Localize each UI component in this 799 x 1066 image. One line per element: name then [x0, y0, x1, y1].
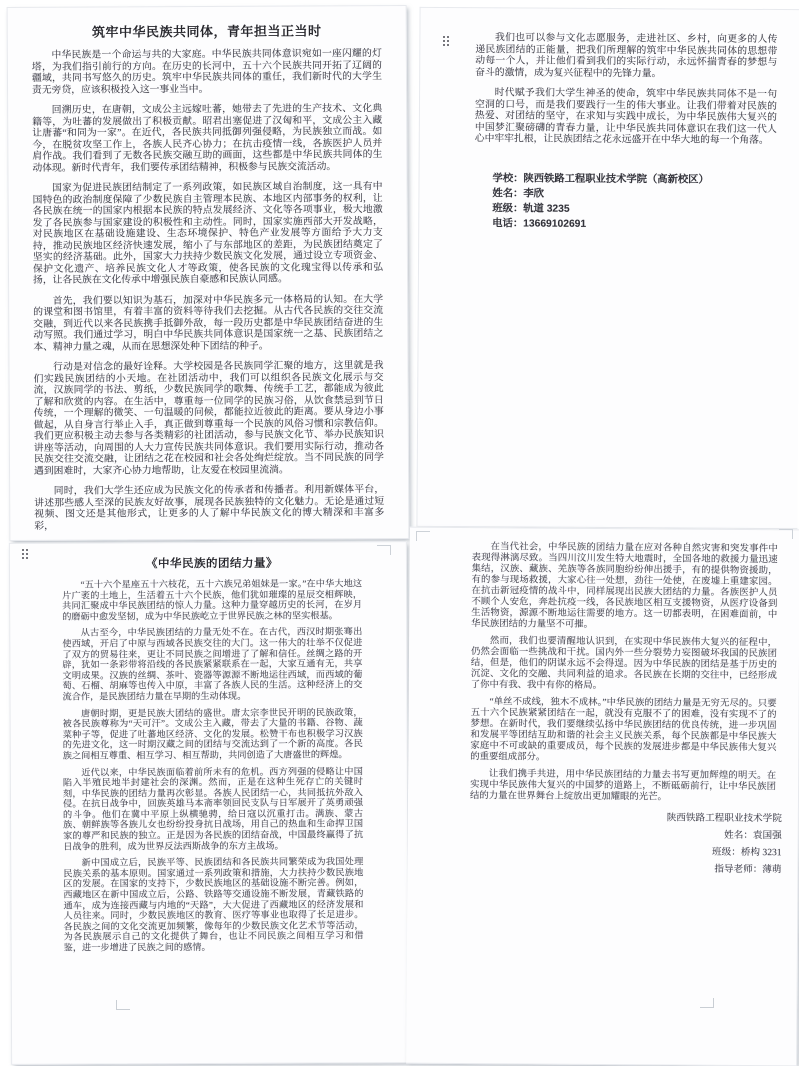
paragraph: 从古至今，中华民族团结的力量无处不在。在古代，西汉时期张骞出使西域，开启了中原与…: [62, 627, 362, 702]
corner-mark: [700, 998, 714, 1008]
info-label: 电话：: [492, 218, 523, 229]
info-line: 学校：陕西铁路工程职业技术学院（高新校区）: [493, 171, 790, 188]
info-label: 班级：: [492, 203, 523, 214]
author-info-block: 学校：陕西铁路工程职业技术学院（高新校区）姓名：李欣班级：轨道 3235电话：1…: [492, 171, 789, 233]
paragraph: 近代以来，中华民族面临着前所未有的危机。西方列强的侵略让中国陷入半殖民地半封建社…: [63, 766, 363, 852]
signature-line: 陕西铁路工程职业技术学院: [470, 808, 782, 827]
signature-line: 姓名：袁国强: [470, 825, 782, 844]
corner-mark: [377, 545, 391, 555]
paragraph: 让我们携手共进，用中华民族团结的力量去书写更加辉煌的明天。在实现中华民族伟大复兴…: [470, 769, 776, 804]
info-line: 班级：轨道 3235: [492, 201, 789, 218]
paragraph: “单丝不成线，独木不成林。”中华民族的团结力量是无穷无尽的。只要五十六个民族紧紧…: [470, 697, 776, 765]
paragraph: 国家为促进民族团结制定了一系列政策，如民族区域自治制度，这一具有中国特色的政治制…: [33, 181, 384, 286]
info-value: 13669102691: [523, 218, 586, 229]
corner-mark: [779, 529, 793, 539]
drag-handle-icon[interactable]: [22, 549, 28, 559]
corner-mark: [116, 1000, 130, 1010]
paragraph: 时代赋予我们大学生神圣的使命，筑牢中华民族共同体不是一句空洞的口号，而是我们要践…: [475, 87, 777, 146]
corner-mark: [416, 531, 430, 541]
scanned-page-essay1-p1: 筑牢中华民族共同体，青年担当正当时 中华民族是一个命运与共的大家庭。中华民族共同…: [7, 5, 410, 541]
signature-line: 班级：桥构 3231: [470, 842, 782, 861]
paragraph: “五十六个星座五十六枝花，五十六族兄弟姐妹是一家。”在中华大地这片广袤的土地上，…: [62, 578, 362, 622]
paragraph: 回溯历史，在唐朝，文成公主远嫁吐蕃，她带去了先进的生产技术、文化典籍等，为吐蕃的…: [32, 103, 382, 174]
paragraph: 同时，我们大学生还应成为民族文化的传承者和传播者。利用新媒体平台，讲述那些感人至…: [34, 484, 384, 532]
essay2-p2-body: 在当代社会，中华民族的团结力量在应对各种自然灾害和突发事件中表现得淋漓尽致。当四…: [470, 542, 778, 804]
info-value: 轨道 3235: [523, 203, 569, 214]
scanned-page-essay2-p2: 在当代社会，中华民族的团结力量在应对各种自然灾害和突发事件中表现得淋漓尽致。当四…: [406, 527, 799, 1066]
paragraph: 然而，我们也要清醒地认识到，在实现中华民族伟大复兴的征程中，仍然会面临一些挑战和…: [471, 636, 777, 693]
info-line: 姓名：李欣: [492, 186, 789, 203]
info-value: 李欣: [523, 188, 544, 199]
info-value: 陕西铁路工程职业技术学院（高新校区）: [523, 173, 708, 185]
paragraph: 行动是对信念的最好诠释。大学校园是各民族同学汇聚的地方，这里就是我们实践民族团结…: [33, 360, 384, 477]
essay2-p1-body: “五十六个星座五十六枝花，五十六族兄弟姐妹是一家。”在中华大地这片广袤的土地上，…: [62, 578, 364, 953]
essay2-title: 《中华民族的团结力量》: [62, 554, 362, 571]
signature-block: 陕西铁路工程职业技术学院姓名：袁国强班级：桥构 3231指导老师：薄萌: [469, 808, 781, 878]
info-label: 学校：: [493, 173, 524, 184]
info-label: 姓名：: [492, 188, 523, 199]
scanned-page-essay1-p2: 我们也可以参与文化志愿服务，走进社区、乡村，向更多的人传递民族团结的正能量，把我…: [416, 7, 799, 529]
essay1-p2-body: 我们也可以参与文化志愿服务，走进社区、乡村，向更多的人传递民族团结的正能量，把我…: [475, 32, 778, 146]
info-line: 电话：13669102691: [492, 216, 789, 233]
scanned-page-essay2-p1: 《中华民族的团结力量》 “五十六个星座五十六枝花，五十六族兄弟姐妹是一家。”在中…: [9, 541, 409, 1065]
drag-handle-icon[interactable]: [443, 36, 449, 46]
signature-line: 指导老师：薄萌: [469, 859, 781, 878]
essay1-p1-body: 中华民族是一个命运与共的大家庭。中华民族共同体意识宛如一座闪耀的灯塔，为我们指引…: [32, 48, 385, 532]
paragraph: 唐朝时期，更是民族大团结的盛世。唐太宗李世民开明的民族政策，被各民族尊称为“天可…: [63, 707, 363, 761]
document-canvas: 筑牢中华民族共同体，青年担当正当时 中华民族是一个命运与共的大家庭。中华民族共同…: [0, 0, 799, 1066]
essay1-title: 筑牢中华民族共同体，青年担当正当时: [32, 20, 382, 41]
paragraph: 新中国成立后，民族平等、民族团结和各民族共同繁荣成为我国处理民族关系的基本原则。…: [63, 857, 363, 954]
paragraph: 在当代社会，中华民族的团结力量在应对各种自然灾害和突发事件中表现得淋漓尽致。当四…: [471, 542, 778, 632]
paragraph: 我们也可以参与文化志愿服务，走进社区、乡村，向更多的人传递民族团结的正能量，把我…: [475, 32, 777, 80]
paragraph: 首先，我们要以知识为基石，加深对中华民族多元一体格局的认知。在大学的课堂和图书馆…: [33, 294, 383, 353]
paragraph: 中华民族是一个命运与共的大家庭。中华民族共同体意识宛如一座闪耀的灯塔，为我们指引…: [32, 48, 382, 96]
